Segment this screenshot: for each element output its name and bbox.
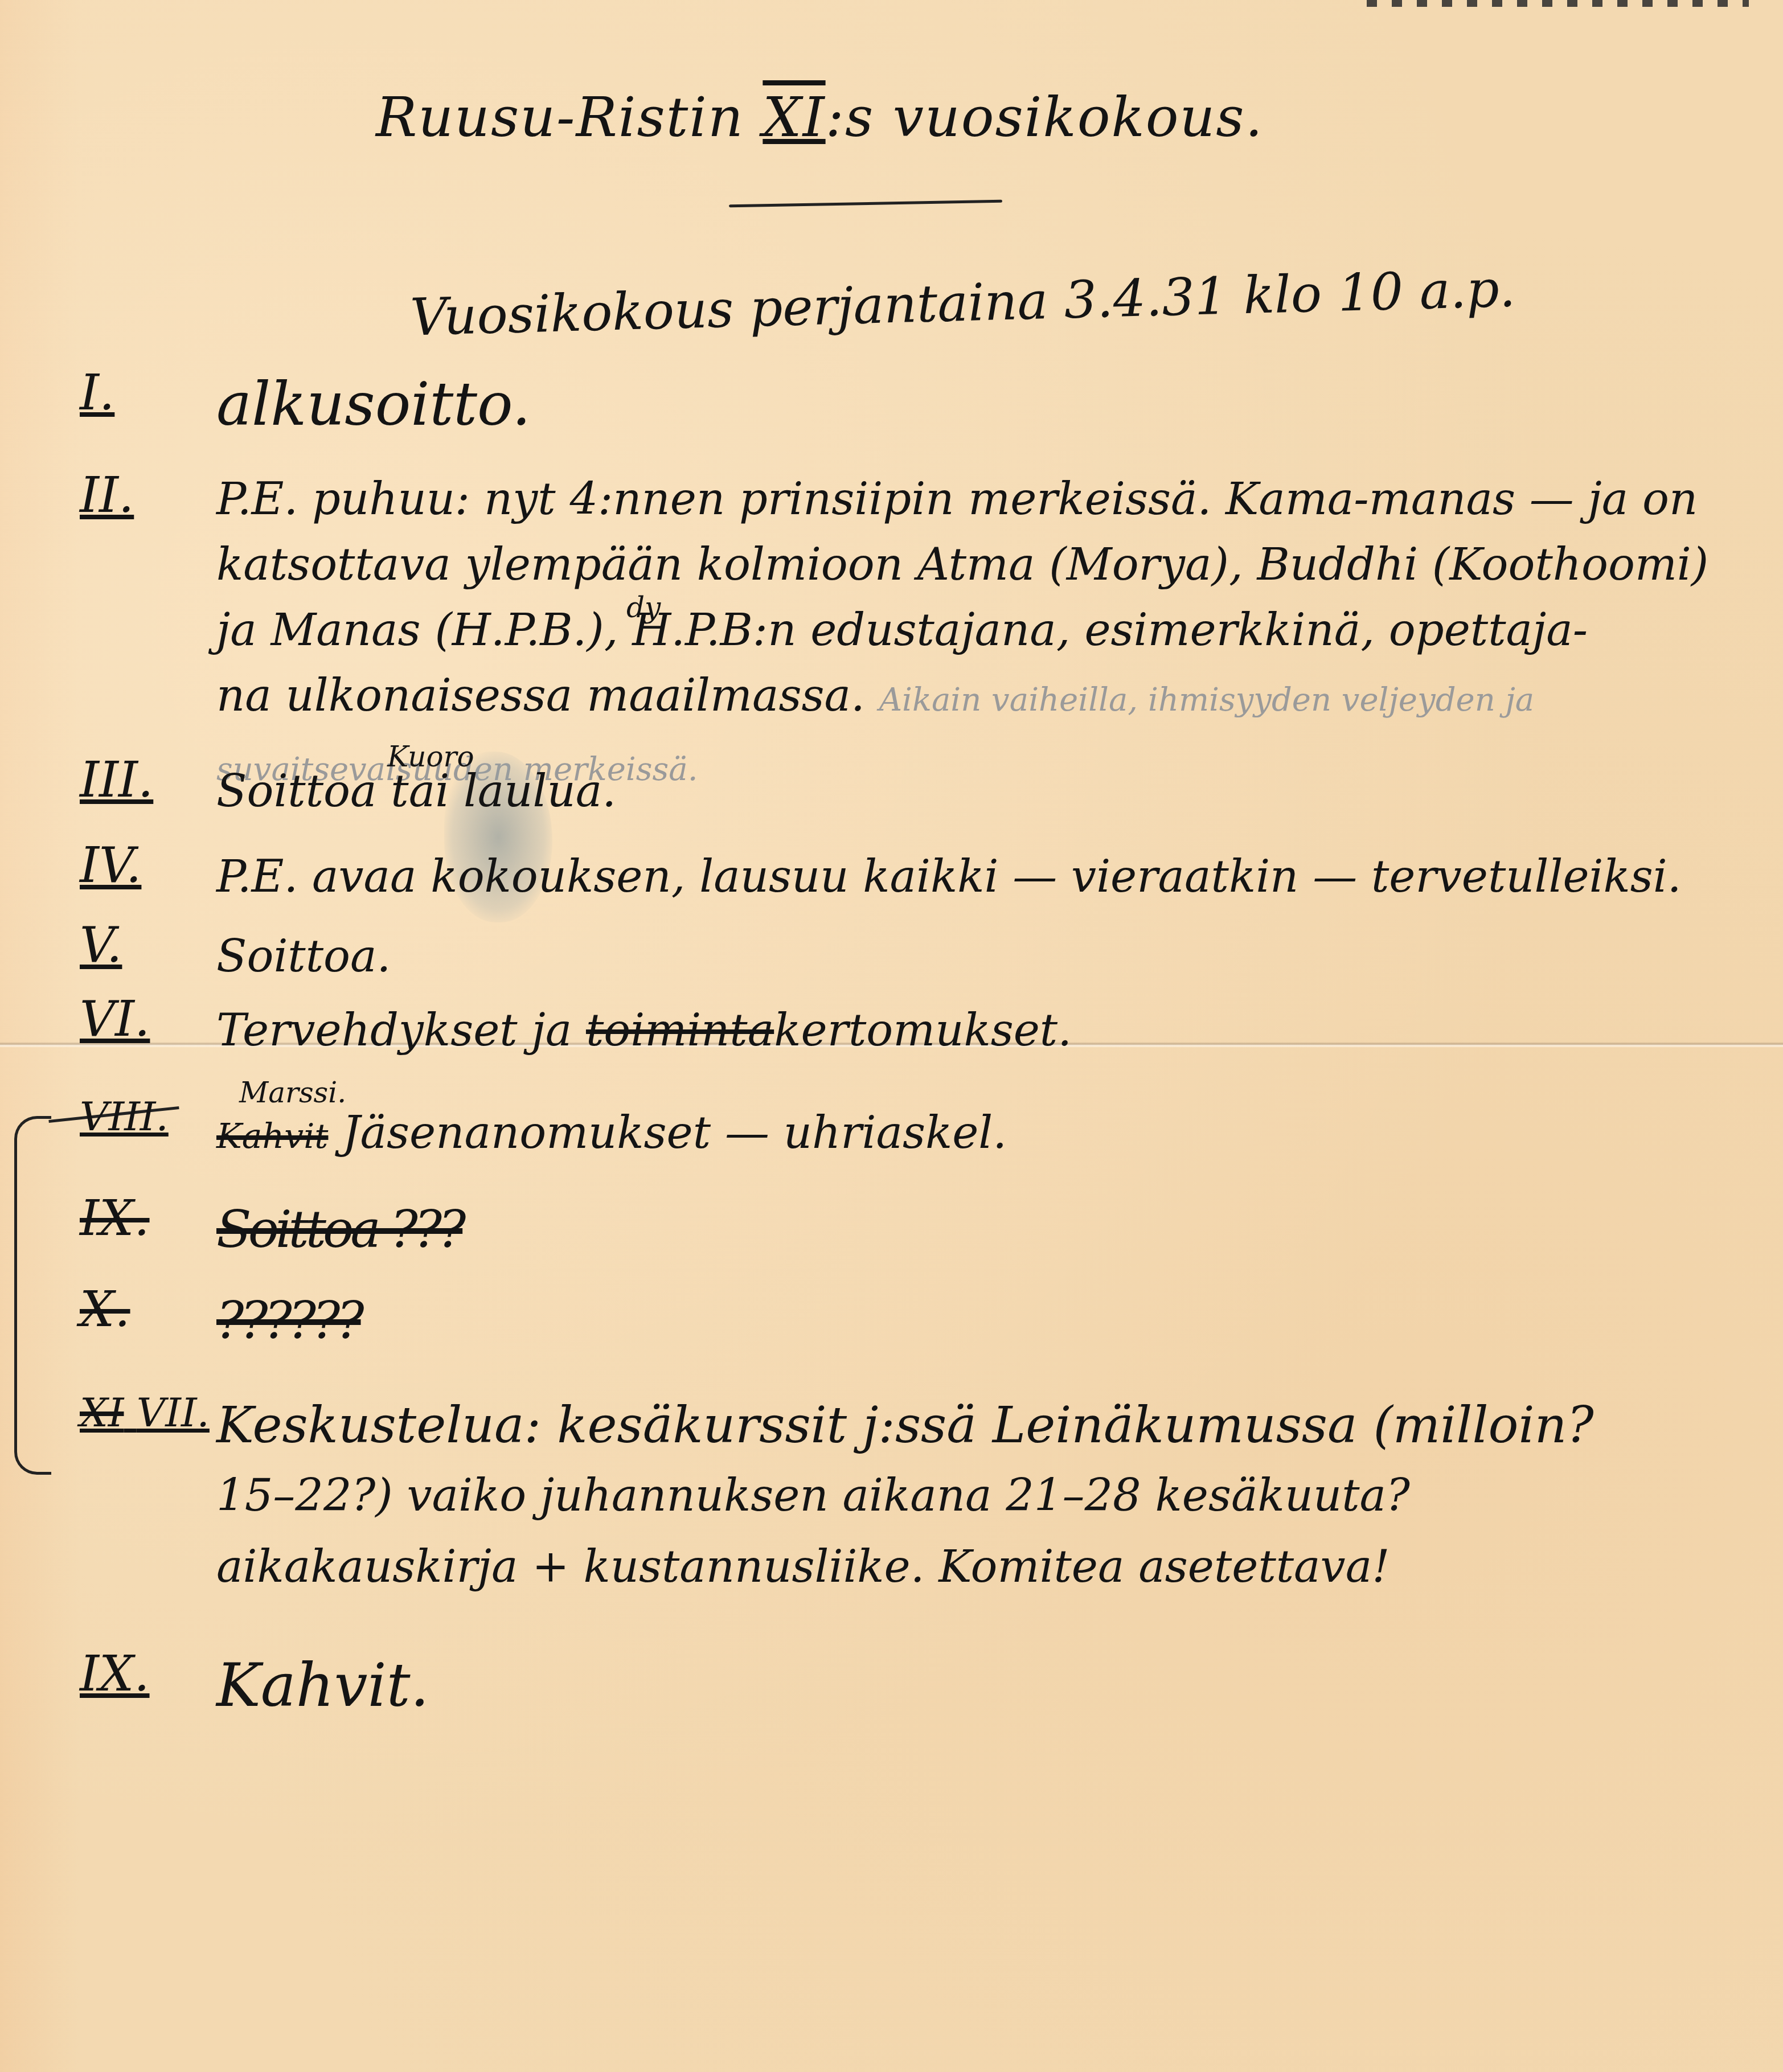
item-text-after: kertomukset.	[774, 1005, 1072, 1056]
struck-text: toiminta	[586, 1005, 774, 1056]
title-prefix: Ruusu-Ristin	[376, 85, 744, 149]
agenda-item-struck-1: IX. Soittoa ???	[80, 1190, 1737, 1270]
item-line: 15–22?) vaiko juhannuksen aikana 21–28 k…	[216, 1460, 1737, 1532]
item-text: Tervehdykset ja	[216, 1005, 572, 1056]
agenda-item-struck-2: X. ??????	[80, 1281, 1737, 1361]
paper-perforation	[1367, 0, 1749, 7]
item-text: Jäsenanomukset — uhriaskel.	[342, 1107, 1007, 1159]
item-text: alkusoitto.	[216, 364, 1737, 444]
agenda-item-4: IV. P.E. avaa kokouksen, lausuu kaikki —…	[80, 837, 1737, 917]
item-text: Soittoa tai laulua.	[216, 752, 1737, 831]
agenda-item-6: VI. Tervehdykset ja toimintakertomukset.	[80, 991, 1737, 1070]
item-line: aikakauskirja + kustannusliike. Komitea …	[216, 1532, 1737, 1603]
meeting-date-line: Vuosikokous perjantaina 3.4.31 klo 10 a.…	[409, 259, 1516, 348]
item-number: II.	[80, 467, 211, 524]
item-number: IX.	[80, 1190, 211, 1247]
title-suffix: :s vuosikokous.	[826, 85, 1264, 149]
struck-text: Kahvit	[216, 1117, 328, 1156]
struck-text: ??????	[216, 1281, 361, 1361]
item-line: Keskustelua: kesäkurssit j:ssä Leinäkumu…	[216, 1389, 1737, 1460]
item-text: Kahvit.	[216, 1646, 1737, 1725]
item-number: III.	[80, 752, 211, 809]
item-number: I.	[80, 364, 211, 421]
item-number: IX.	[80, 1646, 211, 1702]
item-number: IV.	[80, 837, 211, 894]
document-title: Ruusu-Ristin XI:s vuosikokous.	[376, 85, 1264, 149]
item-text: Soittoa.	[216, 917, 1737, 996]
item-number: X.	[80, 1281, 211, 1338]
move-bracket	[14, 1116, 51, 1475]
agenda-item-2: II. P.E. puhuu: nyt 4:nnen prinsiipin me…	[80, 467, 1737, 729]
item-text: P.E. avaa kokouksen, lausuu kaikki — vie…	[216, 837, 1737, 917]
agenda-item-7: XI VII. Keskustelua: kesäkurssit j:ssä L…	[80, 1389, 1737, 1617]
item-line: P.E. puhuu: nyt 4:nnen prinsiipin merkei…	[216, 467, 1737, 532]
struck-text: Soittoa ???	[216, 1190, 462, 1270]
item-number: VIII.	[80, 1093, 211, 1140]
title-divider	[729, 200, 1002, 207]
agenda-item-8: VIII. Marssi. Kahvit Jäsenanomukset — uh…	[80, 1093, 1737, 1173]
item-number: VII.	[137, 1389, 210, 1436]
superscript-insert: dy	[626, 575, 661, 641]
item-line: ja Manas (H.P.B.), H.P.B:n edustajana, e…	[216, 598, 1737, 663]
agenda-item-9: IX. Kahvit.	[80, 1646, 1737, 1737]
agenda-item-5: V. Soittoa.	[80, 917, 1737, 996]
item-number: V.	[80, 917, 211, 974]
agenda-item-1: I. alkusoitto.	[80, 364, 1737, 450]
item-number: VI.	[80, 991, 211, 1048]
item-line: katsottava ylempään kolmioon Atma (Morya…	[216, 532, 1737, 598]
struck-number: XI	[80, 1389, 124, 1436]
agenda-item-3: III. Kuoro Soittoa tai laulua.	[80, 752, 1737, 831]
title-roman-numeral: XI	[763, 85, 825, 149]
